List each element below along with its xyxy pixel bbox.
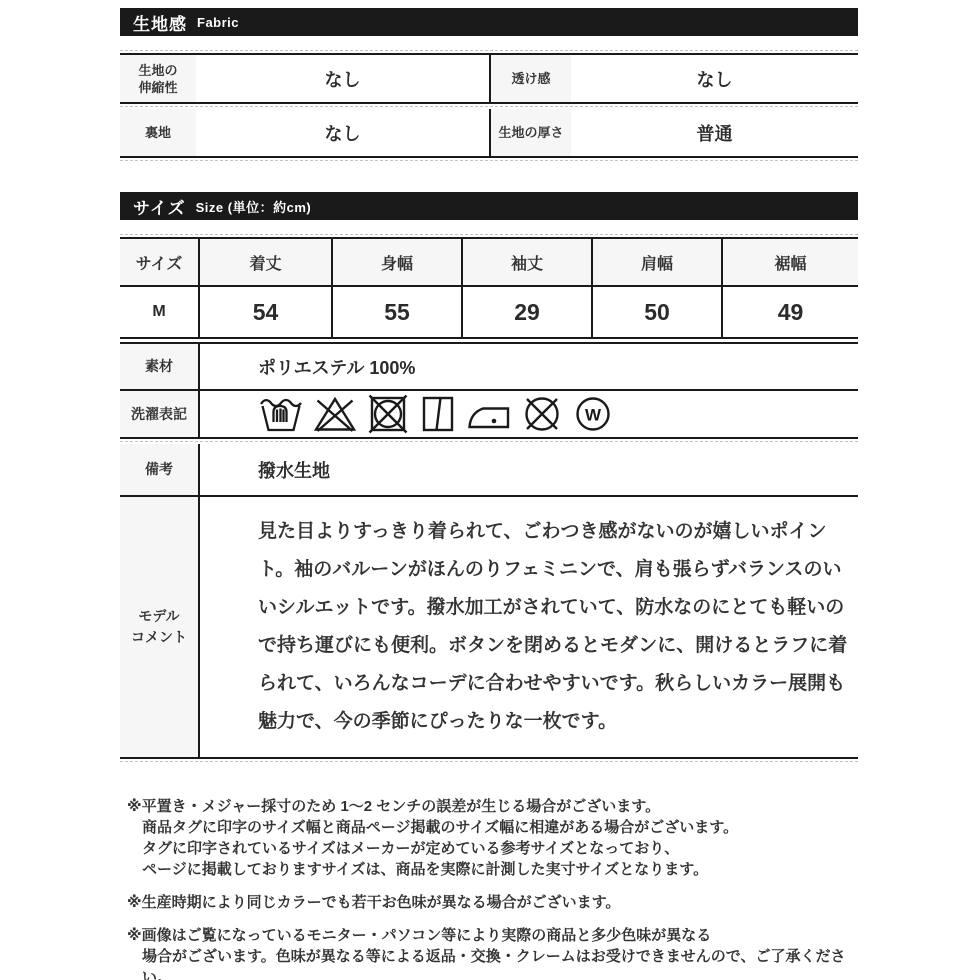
do-not-tumble-dry-icon <box>366 394 410 434</box>
size-section-subtitle: Size (単位：約cm) <box>196 197 312 216</box>
divider <box>120 234 858 235</box>
size-col-header-size: サイズ <box>120 239 198 285</box>
fabric-thickness-label: 生地の厚さ <box>489 109 571 156</box>
do-not-bleach-icon <box>313 394 357 434</box>
fabric-lining-value: なし <box>196 109 489 156</box>
hang-dry-icon <box>419 394 457 434</box>
footnotes: ※平置き・メジャー採寸のため 1～2 センチの誤差が生じる場合がございます。 商… <box>120 796 858 980</box>
fabric-thickness-value: 普通 <box>571 109 858 156</box>
size-col-header-width: 身幅 <box>331 239 461 285</box>
model-comment-text: 見た目よりすっきり着られて、ごわつき感がないのが嬉しいポイント。袖のバルーンがほ… <box>198 497 858 757</box>
svg-text:W: W <box>585 406 602 425</box>
size-table: サイズ 着丈 身幅 袖丈 肩幅 裾幅 M 54 55 29 50 49 <box>120 234 858 339</box>
size-value-length: 54 <box>198 287 331 337</box>
size-table-header-row: サイズ 着丈 身幅 袖丈 肩幅 裾幅 <box>120 239 858 285</box>
fabric-stretch-value: なし <box>196 55 489 102</box>
fabric-stretch-label: 生地の 伸縮性 <box>120 55 196 102</box>
size-value-shoulder: 50 <box>591 287 721 337</box>
divider <box>120 437 858 439</box>
size-col-header-sleeve: 袖丈 <box>461 239 591 285</box>
footnote-production-color: ※生産時期により同じカラーでも若干お色味が異なる場合がございます。 <box>127 892 858 913</box>
remarks-row: 備考 撥水生地 <box>120 444 858 495</box>
do-not-dry-clean-icon <box>521 394 563 434</box>
hand-wash-icon <box>258 394 304 434</box>
divider <box>120 761 858 762</box>
iron-low-heat-icon <box>466 394 512 434</box>
model-comment-row: モデル コメント 見た目よりすっきり着られて、ごわつき感がないのが嬉しいポイント… <box>120 497 858 757</box>
size-col-header-shoulder: 肩幅 <box>591 239 721 285</box>
table-row: 生地の 伸縮性 なし 透け感 なし <box>120 55 858 102</box>
divider <box>120 102 858 104</box>
size-table-data-row: M 54 55 29 50 49 <box>120 287 858 337</box>
material-row: 素材 ポリエステル 100% <box>120 344 858 389</box>
fabric-sheerness-value: なし <box>571 55 858 102</box>
size-value-width: 55 <box>331 287 461 337</box>
care-label: 洗濯表記 <box>120 391 198 437</box>
fabric-section-header: 生地感 Fabric <box>120 8 858 36</box>
divider <box>120 757 858 759</box>
wet-clean-icon: W <box>572 394 614 434</box>
divider <box>120 50 858 51</box>
size-value-size: M <box>120 287 198 337</box>
remarks-value: 撥水生地 <box>198 444 858 495</box>
table-row: 裏地 なし 生地の厚さ 普通 <box>120 109 858 156</box>
size-col-header-length: 着丈 <box>198 239 331 285</box>
product-detail-page: 生地感 Fabric 生地の 伸縮性 なし 透け感 なし 裏地 なし 生地の厚さ… <box>0 8 980 980</box>
size-value-sleeve: 29 <box>461 287 591 337</box>
fabric-section-title: 生地感 <box>133 10 187 35</box>
divider <box>120 441 858 442</box>
footnote-monitor-color: ※画像はご覧になっているモニター・パソコン等により実際の商品と多少色味が異なる … <box>127 925 858 980</box>
fabric-lining-label: 裏地 <box>120 109 196 156</box>
care-icons-cell: W <box>198 391 858 437</box>
size-section-header: サイズ Size (単位：約cm) <box>120 192 858 220</box>
size-col-header-hem: 裾幅 <box>721 239 858 285</box>
divider <box>120 106 858 107</box>
fabric-section-subtitle: Fabric <box>197 15 239 30</box>
details-table: 素材 ポリエステル 100% 洗濯表記 <box>120 342 858 762</box>
remarks-label: 備考 <box>120 444 198 495</box>
care-row: 洗濯表記 <box>120 391 858 437</box>
divider <box>120 337 858 339</box>
divider <box>120 156 858 158</box>
size-value-hem: 49 <box>721 287 858 337</box>
fabric-sheerness-label: 透け感 <box>489 55 571 102</box>
material-value: ポリエステル 100% <box>198 344 858 389</box>
fabric-table: 生地の 伸縮性 なし 透け感 なし 裏地 なし 生地の厚さ 普通 <box>120 50 858 161</box>
model-comment-label: モデル コメント <box>120 497 198 757</box>
material-label: 素材 <box>120 344 198 389</box>
laundry-care-icons: W <box>258 394 614 434</box>
divider <box>120 160 858 161</box>
size-section-title: サイズ <box>133 194 186 219</box>
footnote-measurement: ※平置き・メジャー採寸のため 1～2 センチの誤差が生じる場合がございます。 商… <box>127 796 858 880</box>
